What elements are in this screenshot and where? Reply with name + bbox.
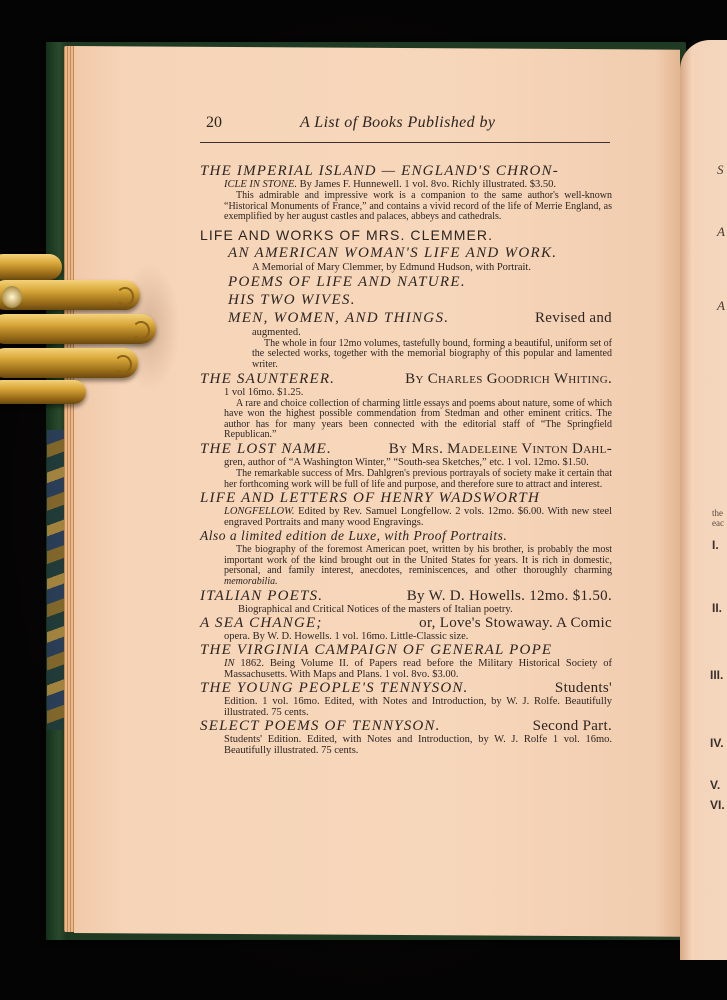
facing-page-numeral: I. xyxy=(712,538,719,552)
page-content: 20 A List of Books Published by THE IMPE… xyxy=(200,114,612,756)
book-entry-sea-change: A SEA CHANGE; or, Love's Stowaway. A Com… xyxy=(200,615,612,642)
work-title: AN AMERICAN WOMAN'S LIFE AND WORK. xyxy=(200,244,612,262)
book-title-line: ITALIAN POETS. By W. D. Howells. 12mo. $… xyxy=(200,588,612,604)
book-entry-longfellow: LIFE AND LETTERS OF HENRY WADSWORTH LONG… xyxy=(200,490,612,587)
book-details: ICLE IN STONE. By James F. Hunnewell. 1 … xyxy=(200,179,612,190)
book-photograph: S A A the eac I. II. III. IV. V. VI. 20 … xyxy=(0,0,727,1000)
book-details: IN 1862. Being Volume II. of Papers read… xyxy=(200,658,612,680)
book-title-continued: ICLE IN STONE. xyxy=(224,179,297,190)
book-title-line: THE LOST NAME. By Mrs. Madeleine Vinton … xyxy=(200,441,612,457)
book-details: LONGFELLOW. Edited by Rev. Samuel Longfe… xyxy=(200,506,612,528)
book-title: THE LOST NAME. xyxy=(200,441,332,457)
book-entry-young-peoples-tennyson: THE YOUNG PEOPLE'S TENNYSON. Students' E… xyxy=(200,680,612,718)
page-number: 20 xyxy=(206,114,222,132)
book-details-text: 1862. Being Volume II. of Papers read be… xyxy=(224,658,612,680)
facing-page-numeral: IV. xyxy=(710,736,724,750)
ring-jewel xyxy=(2,286,22,308)
book-description: A rare and choice collection of charming… xyxy=(200,399,612,441)
book-details: Edition. 1 vol. 16mo. Edited, with Notes… xyxy=(200,696,612,718)
book-details: gren, author of “A Washington Winter,” “… xyxy=(200,457,612,468)
facing-page-numeral: V. xyxy=(710,778,720,792)
book-title-line: SELECT POEMS OF TENNYSON. Second Part. xyxy=(200,718,612,734)
book-author-price: By W. D. Howells. 12mo. $1.50. xyxy=(407,588,612,604)
book-author: By Charles Goodrich Whiting. xyxy=(405,371,612,387)
work-title-line: MEN, WOMEN, AND THINGS. Revised and xyxy=(200,309,612,327)
book-part: Second Part. xyxy=(533,718,612,734)
book-entry-saunterer: THE SAUNTERER. By Charles Goodrich Whiti… xyxy=(200,371,612,441)
work-note: augmented. xyxy=(200,327,612,338)
book-title-continued: IN xyxy=(224,658,235,669)
facing-page-letter: A xyxy=(717,224,725,240)
finger xyxy=(0,254,62,280)
book-edition: Students' xyxy=(555,680,612,696)
book-entry-clemmer: LIFE AND WORKS OF MRS. CLEMMER. AN AMERI… xyxy=(200,226,612,371)
book-entry-imperial-island: THE IMPERIAL ISLAND — ENGLAND'S CHRON- I… xyxy=(200,163,612,223)
book-title: THE SAUNTERER. xyxy=(200,371,335,387)
book-entry-italian-poets: ITALIAN POETS. By W. D. Howells. 12mo. $… xyxy=(200,588,612,615)
edition-note: Also a limited edition de Luxe, with Pro… xyxy=(200,528,612,544)
work-title: POEMS OF LIFE AND NATURE. xyxy=(200,273,612,291)
fingernail xyxy=(116,287,134,306)
facing-page-letter: S xyxy=(717,162,724,178)
finger xyxy=(0,380,86,404)
facing-page: S A A the eac I. II. III. IV. V. VI. xyxy=(680,40,727,960)
series-heading: LIFE AND WORKS OF MRS. CLEMMER. xyxy=(200,226,612,244)
book-title: THE YOUNG PEOPLE'S TENNYSON. xyxy=(200,680,469,696)
book-description: The remarkable success of Mrs. Dahlgren'… xyxy=(200,469,612,490)
gilt-hand-page-holder xyxy=(0,250,160,410)
book-entry-select-poems: SELECT POEMS OF TENNYSON. Second Part. S… xyxy=(200,718,612,756)
facing-page-numeral: VI. xyxy=(710,798,725,812)
facing-page-fragment: the xyxy=(712,508,723,518)
book-entry-virginia-campaign: THE VIRGINIA CAMPAIGN OF GENERAL POPE IN… xyxy=(200,642,612,680)
book-title-line: A SEA CHANGE; or, Love's Stowaway. A Com… xyxy=(200,615,612,631)
book-title: A SEA CHANGE; xyxy=(200,615,323,631)
running-head-title: A List of Books Published by xyxy=(300,114,495,132)
book-title-line: THE SAUNTERER. By Charles Goodrich Whiti… xyxy=(200,371,612,387)
book-title: ITALIAN POETS. xyxy=(200,588,323,604)
book-list: THE IMPERIAL ISLAND — ENGLAND'S CHRON- I… xyxy=(200,163,612,756)
header-rule xyxy=(200,142,610,143)
book-title-line: THE YOUNG PEOPLE'S TENNYSON. Students' xyxy=(200,680,612,696)
fingernail xyxy=(114,355,132,374)
facing-page-numeral: II. xyxy=(712,601,722,615)
facing-page-numeral: III. xyxy=(710,668,723,682)
book-details: Biographical and Critical Notices of the… xyxy=(200,604,612,615)
book-author: By Mrs. Madeleine Vinton Dahl- xyxy=(389,441,612,457)
work-title: MEN, WOMEN, AND THINGS. xyxy=(228,310,449,326)
finger xyxy=(0,348,138,378)
book-description: This admirable and impressive work is a … xyxy=(200,191,612,223)
work-note: A Memorial of Mary Clemmer, by Edmund Hu… xyxy=(200,262,612,273)
series-description: The whole in four 12mo volumes, tasteful… xyxy=(200,339,612,371)
book-entry-lost-name: THE LOST NAME. By Mrs. Madeleine Vinton … xyxy=(200,441,612,490)
book-details: 1 vol 16mo. $1.25. xyxy=(200,387,612,398)
book-details: Students' Edition. Edited, with Notes an… xyxy=(200,734,612,756)
book-details-text: By James F. Hunnewell. 1 vol. 8vo. Richl… xyxy=(300,179,556,190)
work-title: HIS TWO WIVES. xyxy=(200,291,612,309)
book-title-continued: LONGFELLOW. xyxy=(224,506,295,517)
book-title: THE IMPERIAL ISLAND — ENGLAND'S CHRON- xyxy=(200,163,612,179)
book-subtitle: or, Love's Stowaway. A Comic xyxy=(419,615,612,631)
book-description-italic: memorabilia. xyxy=(224,576,278,587)
running-head: 20 A List of Books Published by xyxy=(200,114,612,136)
book-title: THE VIRGINIA CAMPAIGN OF GENERAL POPE xyxy=(200,642,612,658)
book-description-text: The biography of the foremost American p… xyxy=(224,544,612,576)
facing-page-fragment: eac xyxy=(712,518,724,528)
book-details: opera. By W. D. Howells. 1 vol. 16mo. Li… xyxy=(200,631,612,642)
work-title-suffix: Revised and xyxy=(535,309,612,327)
fingernail xyxy=(132,321,150,340)
book-description: The biography of the foremost American p… xyxy=(200,545,612,587)
marbled-endpaper xyxy=(47,430,65,730)
book-title: SELECT POEMS OF TENNYSON. xyxy=(200,718,441,734)
finger xyxy=(0,314,156,344)
facing-page-letter: A xyxy=(717,298,725,314)
book-title: LIFE AND LETTERS OF HENRY WADSWORTH xyxy=(200,490,612,506)
